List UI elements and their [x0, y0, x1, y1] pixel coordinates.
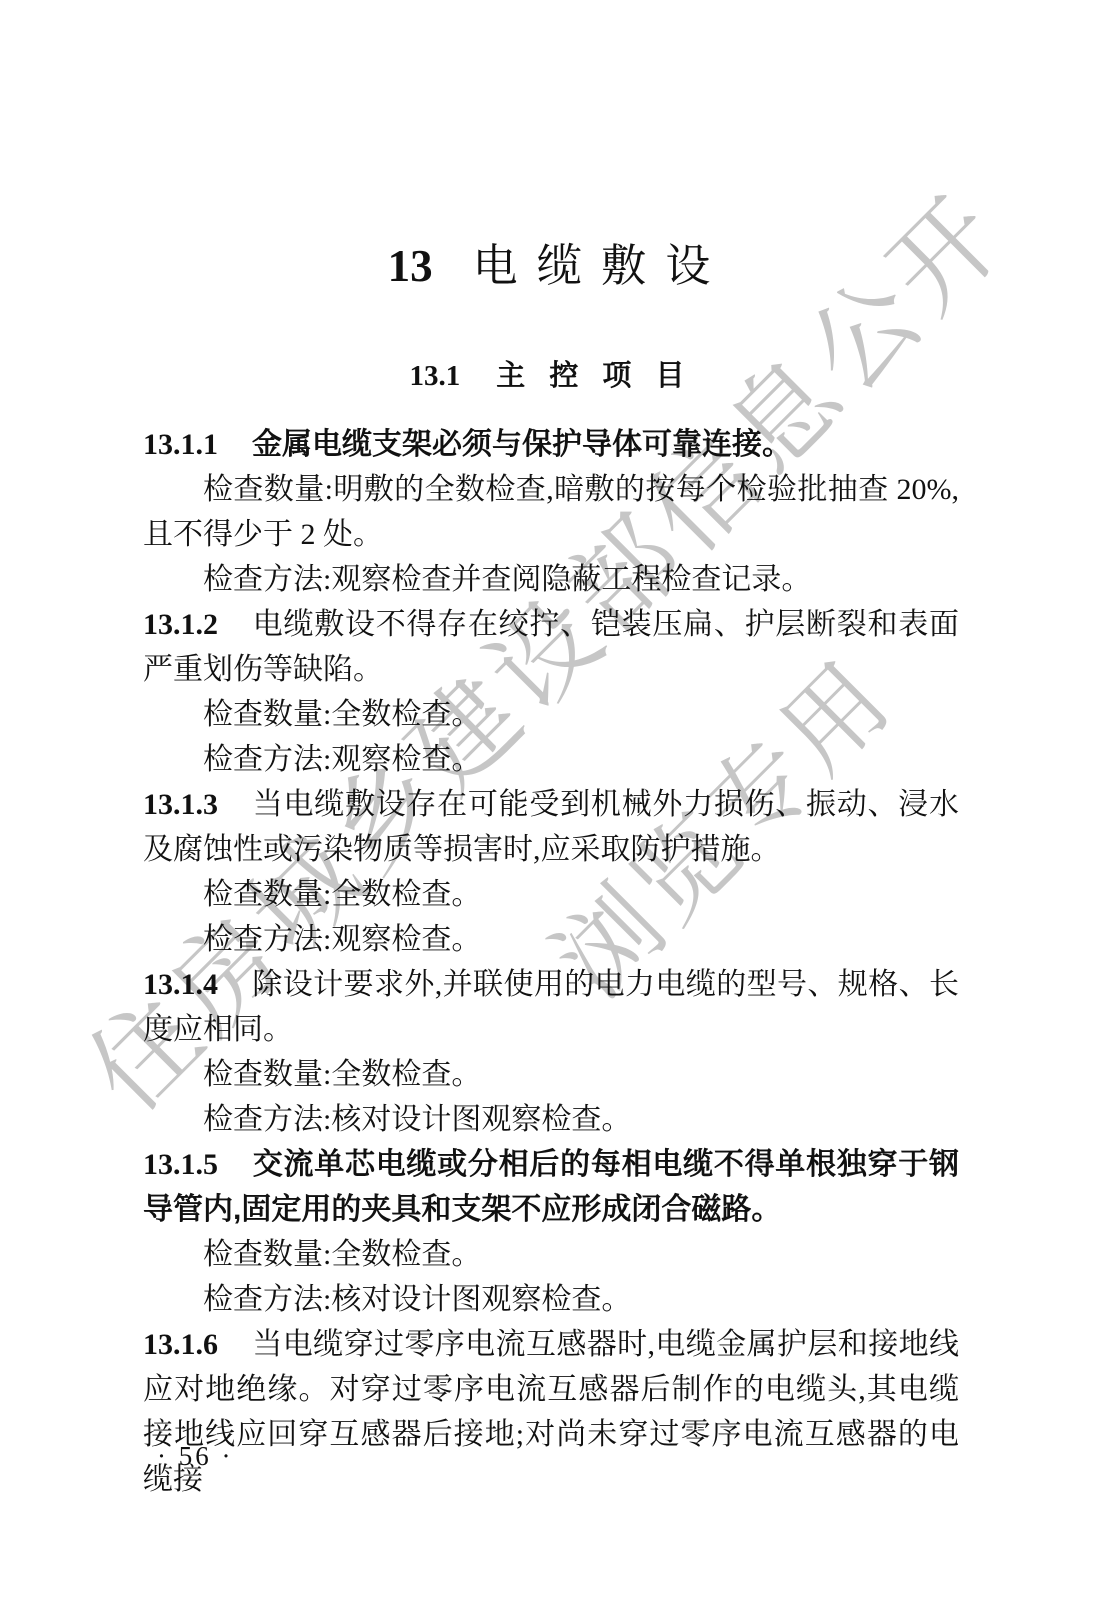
clause-heading: 13.1.3当电缆敷设存在可能受到机械外力损伤、振动、浸水及腐蚀性或污染物质等损…: [143, 782, 959, 872]
check-quantity-line: 检查数量:明敷的全数检查,暗敷的按每个检验批抽查 20%,且不得少于 2 处。: [143, 467, 959, 557]
document-page: 住房城乡建设部信息公开 浏览专用 13电 缆 敷 设 13.1主 控 项 目 1…: [0, 0, 1102, 1598]
clause-text: 交流单芯电缆或分相后的每相电缆不得单根独穿于钢导管内,固定用的夹具和支架不应形成…: [143, 1148, 959, 1226]
clause-13-1-4: 13.1.4除设计要求外,并联使用的电力电缆的型号、规格、长度应相同。 检查数量…: [143, 962, 959, 1142]
clause-heading: 13.1.1金属电缆支架必须与保护导体可靠连接。: [143, 422, 959, 467]
clause-heading: 13.1.2电缆敷设不得存在绞拧、铠装压扁、护层断裂和表面严重划伤等缺陷。: [143, 602, 959, 692]
clause-13-1-6: 13.1.6当电缆穿过零序电流互感器时,电缆金属护层和接地线应对地绝缘。对穿过零…: [143, 1322, 959, 1502]
chapter-title-text: 电 缆 敷 设: [473, 241, 715, 291]
clause-13-1-2: 13.1.2电缆敷设不得存在绞拧、铠装压扁、护层断裂和表面严重划伤等缺陷。 检查…: [143, 602, 959, 782]
clause-text: 电缆敷设不得存在绞拧、铠装压扁、护层断裂和表面严重划伤等缺陷。: [143, 608, 959, 686]
check-quantity-line: 检查数量:全数检查。: [143, 692, 959, 737]
check-method-line: 检查方法:核对设计图观察检查。: [143, 1097, 959, 1142]
clause-13-1-5: 13.1.5交流单芯电缆或分相后的每相电缆不得单根独穿于钢导管内,固定用的夹具和…: [143, 1142, 959, 1322]
clause-text: 除设计要求外,并联使用的电力电缆的型号、规格、长度应相同。: [143, 968, 959, 1046]
section-number: 13.1: [410, 360, 461, 392]
clause-heading: 13.1.6当电缆穿过零序电流互感器时,电缆金属护层和接地线应对地绝缘。对穿过零…: [143, 1322, 959, 1502]
clause-number: 13.1.2: [143, 608, 218, 641]
clause-heading: 13.1.4除设计要求外,并联使用的电力电缆的型号、规格、长度应相同。: [143, 962, 959, 1052]
clause-13-1-3: 13.1.3当电缆敷设存在可能受到机械外力损伤、振动、浸水及腐蚀性或污染物质等损…: [143, 782, 959, 962]
clause-number: 13.1.6: [143, 1328, 218, 1361]
chapter-title: 13电 缆 敷 设: [0, 240, 1102, 292]
check-method-line: 检查方法:观察检查。: [143, 917, 959, 962]
check-method-line: 检查方法:观察检查并查阅隐蔽工程检查记录。: [143, 557, 959, 602]
body-text: 13.1.1金属电缆支架必须与保护导体可靠连接。 检查数量:明敷的全数检查,暗敷…: [143, 422, 959, 1502]
check-method-line: 检查方法:观察检查。: [143, 737, 959, 782]
clause-text: 当电缆穿过零序电流互感器时,电缆金属护层和接地线应对地绝缘。对穿过零序电流互感器…: [143, 1328, 959, 1496]
check-method-line: 检查方法:核对设计图观察检查。: [143, 1277, 959, 1322]
check-quantity-line: 检查数量:全数检查。: [143, 872, 959, 917]
page-number: · 56 ·: [157, 1441, 233, 1472]
clause-heading: 13.1.5交流单芯电缆或分相后的每相电缆不得单根独穿于钢导管内,固定用的夹具和…: [143, 1142, 959, 1232]
section-title-text: 主 控 项 目: [496, 360, 692, 392]
section-title: 13.1主 控 项 目: [0, 359, 1102, 393]
clause-text: 当电缆敷设存在可能受到机械外力损伤、振动、浸水及腐蚀性或污染物质等损害时,应采取…: [143, 788, 959, 866]
check-quantity-line: 检查数量:全数检查。: [143, 1232, 959, 1277]
chapter-number: 13: [388, 241, 433, 291]
clause-number: 13.1.3: [143, 788, 218, 821]
clause-number: 13.1.1: [143, 428, 218, 461]
clause-number: 13.1.4: [143, 968, 218, 1001]
clause-text: 金属电缆支架必须与保护导体可靠连接。: [252, 428, 792, 461]
clause-13-1-1: 13.1.1金属电缆支架必须与保护导体可靠连接。 检查数量:明敷的全数检查,暗敷…: [143, 422, 959, 602]
clause-number: 13.1.5: [143, 1148, 218, 1181]
check-quantity-line: 检查数量:全数检查。: [143, 1052, 959, 1097]
